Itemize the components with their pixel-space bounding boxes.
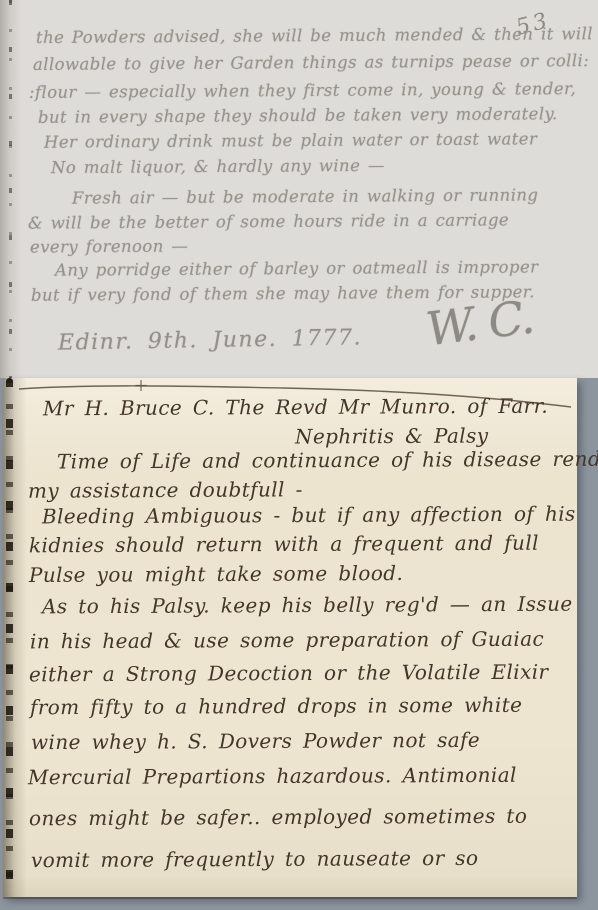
manuscript-line: my assistance doubtfull - bbox=[28, 477, 303, 502]
manuscript-line: As to his Palsy. keep his belly reg'd — … bbox=[42, 592, 573, 619]
manuscript-page-top: 53 the Powders advised, she will be much… bbox=[0, 0, 598, 378]
binding-edge-bottom bbox=[3, 378, 27, 897]
manuscript-line: the Powders advised, she will be much me… bbox=[36, 24, 598, 47]
manuscript-line: Bleeding Ambiguous - but if any affectio… bbox=[42, 502, 576, 529]
manuscript-line: Time of Life and continuance of his dise… bbox=[57, 447, 598, 474]
binding-edge-top bbox=[0, 0, 22, 378]
case-header: Mr H. Bruce C. The Revd Mr Munro. of Far… bbox=[43, 394, 548, 421]
manuscript-line: No malt liquor, & hardly any wine — bbox=[51, 156, 385, 177]
manuscript-line: from fifty to a hundred drops in some wh… bbox=[30, 693, 522, 720]
date-line: Edinr. 9th. June. 1777. bbox=[58, 325, 362, 355]
manuscript-line: either a Strong Decoction or the Volatil… bbox=[29, 660, 549, 687]
manuscript-line: every forenoon — bbox=[30, 236, 188, 256]
manuscript-line: allowable to give her Garden things as t… bbox=[33, 51, 589, 74]
manuscript-line: kidnies should return with a frequent an… bbox=[29, 531, 539, 558]
manuscript-line: Pulse you might take some blood. bbox=[29, 561, 403, 587]
manuscript-line: & will be the better of some hours ride … bbox=[28, 210, 509, 232]
manuscript-page-bottom: Mr H. Bruce C. The Revd Mr Munro. of Far… bbox=[3, 378, 577, 897]
manuscript-line: in his head & use some preparation of Gu… bbox=[30, 627, 544, 654]
manuscript-line: Her ordinary drink must be plain water o… bbox=[44, 129, 537, 151]
manuscript-line: :flour — especially when they first come… bbox=[29, 79, 576, 102]
manuscript-line: but in every shape they should be taken … bbox=[38, 104, 558, 127]
photograph-background: 53 the Powders advised, she will be much… bbox=[0, 0, 598, 910]
manuscript-line: Any porridge either of barley or oatmeal… bbox=[55, 257, 539, 279]
manuscript-line: vomit more frequently to nauseate or so bbox=[31, 846, 479, 872]
manuscript-line: ones might be safer.. employed sometimes… bbox=[29, 804, 527, 831]
manuscript-line: Mercurial Prepartions hazardous. Antimon… bbox=[28, 763, 517, 790]
signature: W. C. bbox=[423, 290, 535, 357]
manuscript-line: Fresh air — but be moderate in walking o… bbox=[72, 185, 538, 207]
manuscript-line: wine whey h. S. Dovers Powder not safe bbox=[31, 728, 480, 754]
diagnosis-annotation: Nephritis & Palsy bbox=[295, 423, 489, 448]
